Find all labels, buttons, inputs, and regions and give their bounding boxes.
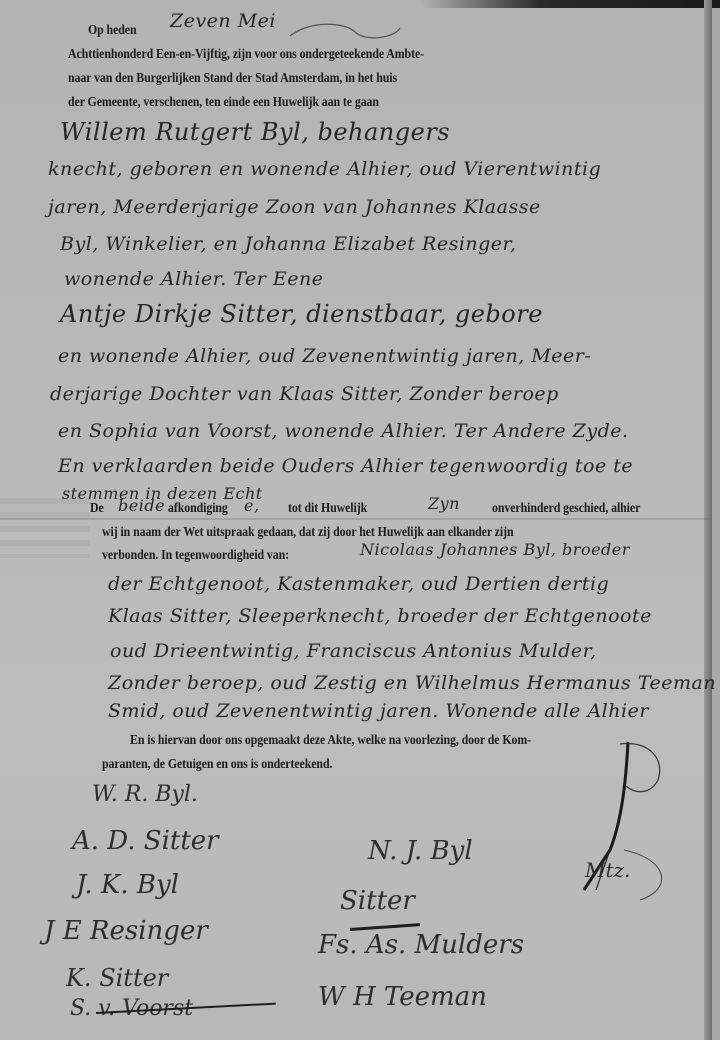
signature-witness-2: Sitter xyxy=(340,886,415,916)
signature-official: Mtz. xyxy=(585,858,630,882)
bride-line-4: en Sophia van Voorst, wonende Alhier. Te… xyxy=(58,420,629,442)
preamble-line-2: Achttienhonderd Een-en-Vijftig, zijn voo… xyxy=(68,46,424,62)
proclamation-de: De xyxy=(90,500,104,516)
document-page: Op heden Zeven Mei Achttienhonderd Een-e… xyxy=(0,0,712,1040)
bride-line-1: Antje Dirkje Sitter, dienstbaar, gebore xyxy=(60,300,543,328)
preamble-line-3: naar van den Burgerlijken Stand der Stad… xyxy=(68,70,397,86)
closing-line-1: En is hiervan door ons opgemaakt deze Ak… xyxy=(130,732,531,748)
proclamation-line-3: verbonden. In tegenwoordigheid van: xyxy=(102,547,289,563)
official-stroke xyxy=(560,740,720,920)
signature-groom-father: J. K. Byl xyxy=(76,870,179,900)
groom-line-2: knecht, geboren en wonende Alhier, oud V… xyxy=(48,158,601,180)
groom-line-3: jaren, Meerderjarige Zoon van Johannes K… xyxy=(48,196,541,218)
signature-groom-mother: J E Resinger xyxy=(44,916,208,946)
witness-line-2: Klaas Sitter, Sleeperknecht, broeder der… xyxy=(108,605,652,627)
witness-line-3: oud Drieentwintig, Franciscus Antonius M… xyxy=(110,640,597,662)
scan-band xyxy=(0,518,712,520)
scan-shadow xyxy=(420,0,720,8)
groom-line-5: wonende Alhier. Ter Eene xyxy=(64,268,323,290)
preamble-op-heden: Op heden xyxy=(88,22,136,38)
signature-witness-3: Fs. As. Mulders xyxy=(318,930,524,960)
bride-line-5: En verklaarden beide Ouders Alhier tegen… xyxy=(58,455,633,477)
signature-bride: A. D. Sitter xyxy=(72,826,219,856)
witness-1-name: Nicolaas Johannes Byl, broeder xyxy=(360,540,630,559)
proclamation-line-2: wij in naam der Wet uitspraak gedaan, da… xyxy=(102,524,513,540)
proclamation-hand-beide: beide xyxy=(118,496,165,515)
proclamation-hand-zyn: Zyn xyxy=(428,494,460,513)
proclamation-afkondiging: afkondiging xyxy=(168,500,228,516)
proclamation-rest: onverhinderd geschied, alhier xyxy=(492,500,640,516)
bleed-through xyxy=(0,498,90,558)
closing-line-2: paranten, de Getuigen en ons is ondertee… xyxy=(102,756,332,772)
witness-line-1: der Echtgenoot, Kastenmaker, oud Dertien… xyxy=(108,573,609,595)
groom-line-1: Willem Rutgert Byl, behangers xyxy=(60,118,450,146)
preamble-line-4: der Gemeente, verschenen, ten einde een … xyxy=(68,94,379,110)
groom-line-4: Byl, Winkelier, en Johanna Elizabet Resi… xyxy=(60,233,517,255)
witness-line-5: Smid, oud Zevenentwintig jaren. Wonende … xyxy=(108,700,649,722)
signature-groom: W. R. Byl. xyxy=(92,782,198,807)
signature-witness-1: N. J. Byl xyxy=(368,836,473,866)
bride-line-2: en wonende Alhier, oud Zevenentwintig ja… xyxy=(58,345,591,367)
handwritten-date: Zeven Mei xyxy=(170,10,276,32)
date-flourish xyxy=(285,18,405,48)
witness-line-4: Zonder beroep, oud Zestig en Wilhelmus H… xyxy=(108,672,716,694)
bride-line-3: derjarige Dochter van Klaas Sitter, Zond… xyxy=(50,383,559,405)
signature-witness-4: W H Teeman xyxy=(318,982,487,1012)
proclamation-hand-e: e, xyxy=(244,496,260,515)
signature-bride-father: K. Sitter xyxy=(66,964,168,992)
proclamation-tot: tot dit Huwelijk xyxy=(288,500,367,516)
